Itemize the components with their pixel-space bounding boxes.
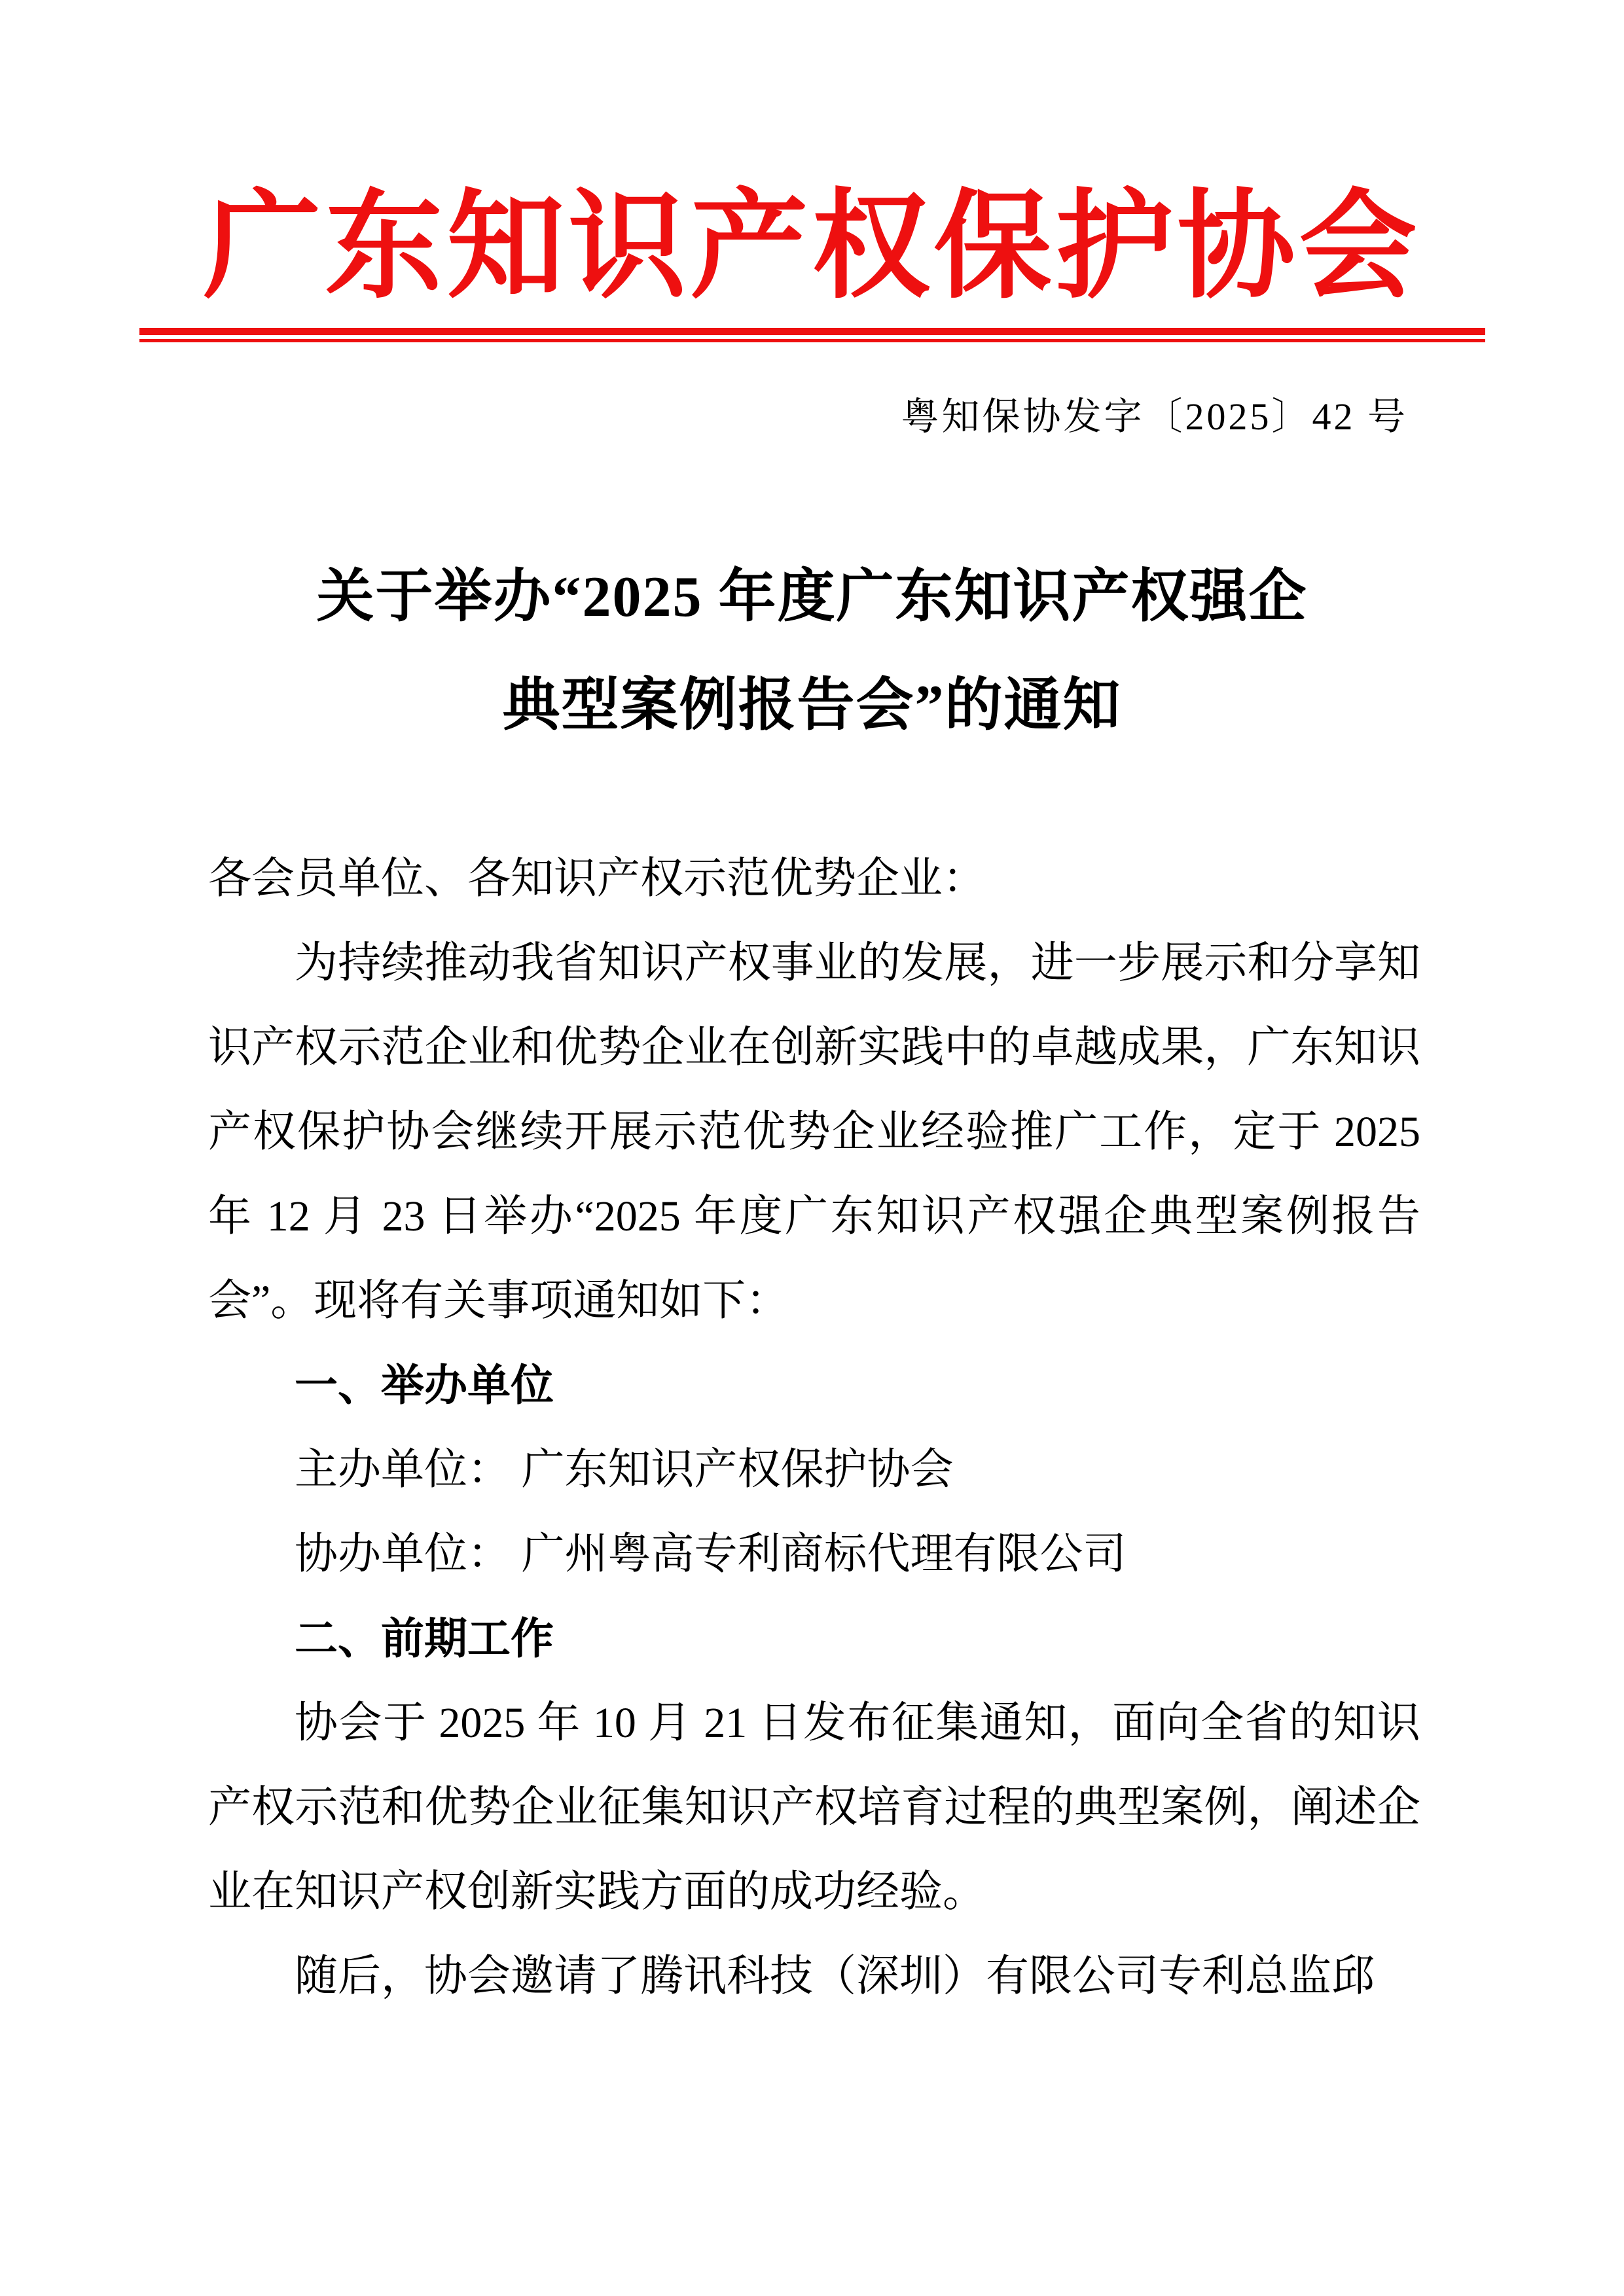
- body-para: 主办单位： 广东知识产权保护协会: [208, 1427, 1420, 1512]
- masthead-rule-thick: [139, 328, 1485, 335]
- body-para: 协办单位： 广州粤高专利商标代理有限公司: [208, 1512, 1420, 1596]
- notice-body: 各会员单位、各知识产权示范优势企业：为持续推动我省知识产权事业的发展，进一步展示…: [208, 836, 1420, 2018]
- body-heading: 二、前期工作: [208, 1596, 1420, 1681]
- masthead-org-name: 广东知识产权保护协会: [0, 188, 1624, 306]
- body-para: 随后，协会邀请了腾讯科技（深圳）有限公司专利总监邱: [208, 1934, 1420, 2018]
- body-para: 为持续推动我省知识产权事业的发展，进一步展示和分享知识产权示范企业和优势企业在创…: [208, 921, 1420, 1343]
- notice-title-line-2: 典型案例报告会”的通知: [0, 652, 1624, 761]
- notice-title: 关于举办“2025 年度广东知识产权强企 典型案例报告会”的通知: [0, 543, 1624, 761]
- body-para: 协会于 2025 年 10 月 21 日发布征集通知，面向全省的知识产权示范和优…: [208, 1681, 1420, 1934]
- body-heading: 一、举办单位: [208, 1343, 1420, 1427]
- notice-document-page: 广东知识产权保护协会 粤知保协发字〔2025〕42 号 关于举办“2025 年度…: [0, 0, 1624, 2296]
- notice-title-line-1: 关于举办“2025 年度广东知识产权强企: [0, 543, 1624, 652]
- body-salutation: 各会员单位、各知识产权示范优势企业：: [208, 836, 1420, 921]
- document-reference-number: 粤知保协发字〔2025〕42 号: [901, 394, 1408, 440]
- masthead-rule-thin: [139, 339, 1485, 342]
